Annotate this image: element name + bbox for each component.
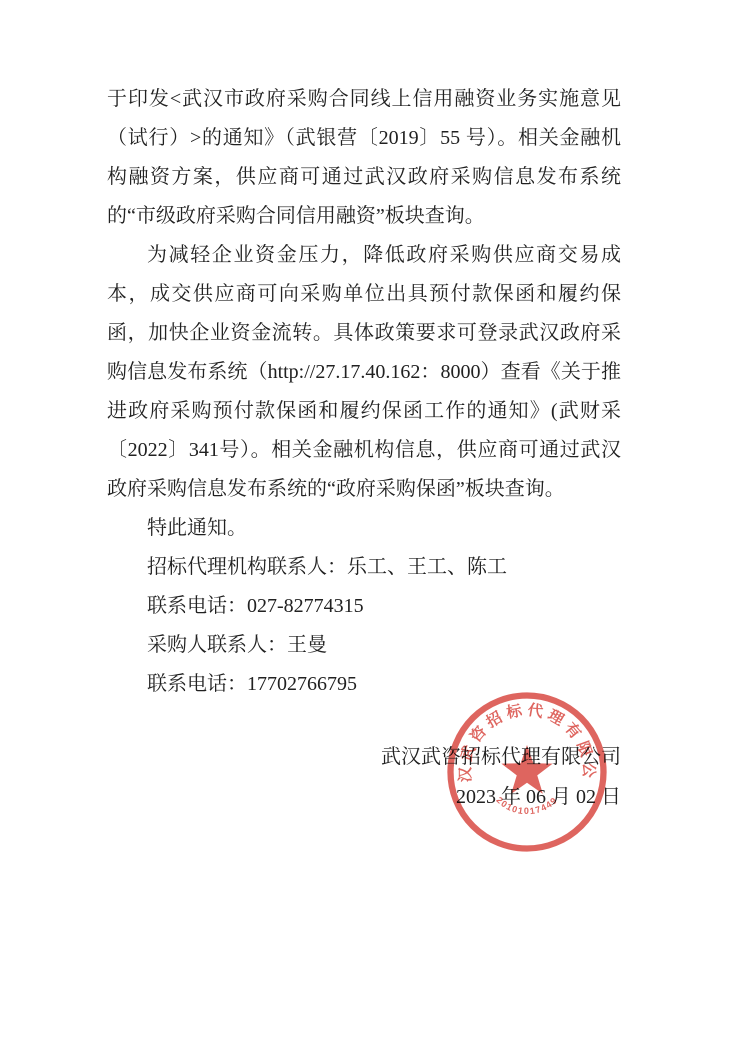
document-page: 于印发<武汉市政府采购合同线上信用融资业务实施意见（试行）>的通知》（武银营〔2… xyxy=(0,0,735,1039)
signature-company-name: 武汉武咨招标代理有限公司 xyxy=(107,737,621,777)
paragraph-financing-notice: 于印发<武汉市政府采购合同线上信用融资业务实施意见（试行）>的通知》（武银营〔2… xyxy=(107,80,621,236)
paragraph-agency-contact: 招标代理机构联系人：乐工、王工、陈工 xyxy=(107,548,621,587)
paragraph-purchaser-phone: 联系电话：17702766795 xyxy=(107,665,621,704)
paragraph-guarantee-policy: 为减轻企业资金压力，降低政府采购供应商交易成本，成交供应商可向采购单位出具预付款… xyxy=(107,236,621,509)
document-body: 于印发<武汉市政府采购合同线上信用融资业务实施意见（试行）>的通知》（武银营〔2… xyxy=(107,80,621,817)
paragraph-purchaser-contact: 采购人联系人：王曼 xyxy=(107,626,621,665)
paragraph-hereby-notice: 特此通知。 xyxy=(107,509,621,548)
paragraph-agency-phone: 联系电话：027-82774315 xyxy=(107,587,621,626)
signature-date: 2023 年 06 月 02 日 xyxy=(107,777,621,817)
signature-block: 武汉武咨招标代理有限公司 2023 年 06 月 02 日 xyxy=(107,737,621,817)
